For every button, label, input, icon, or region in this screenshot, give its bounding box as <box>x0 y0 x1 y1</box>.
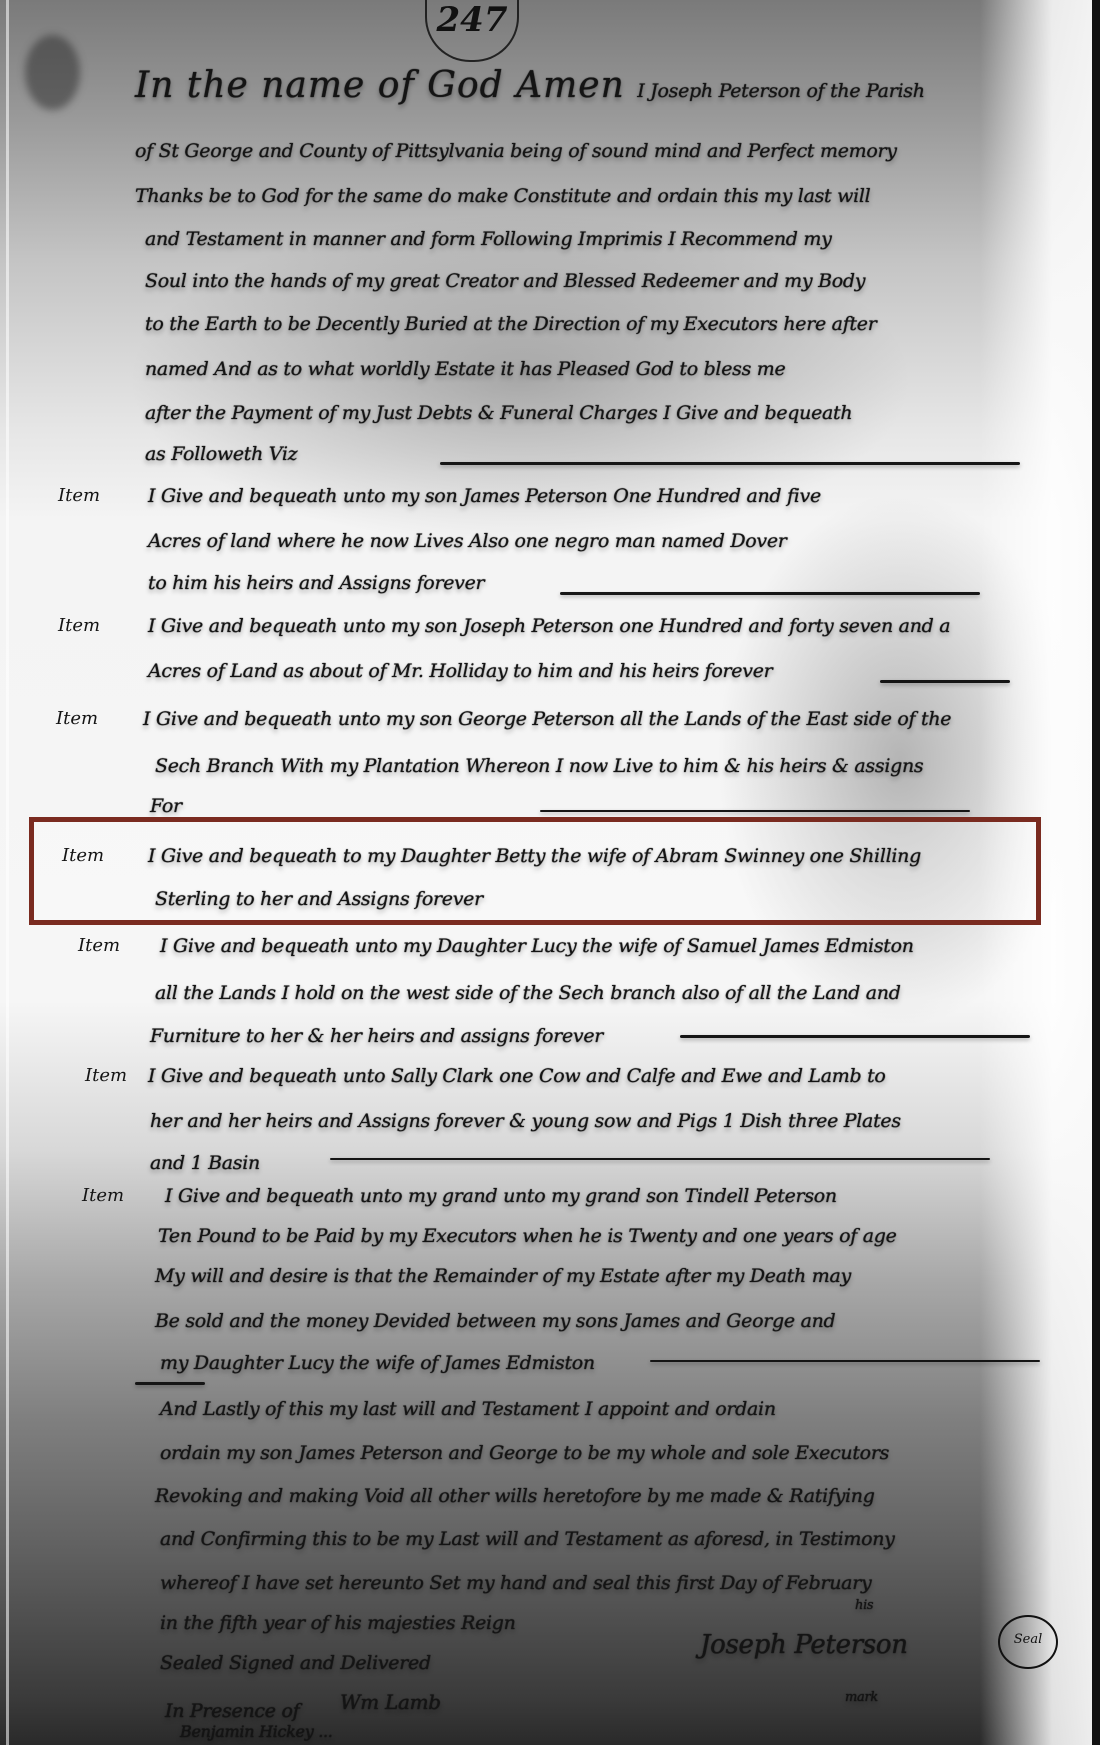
text-line: Thanks be to God for the same do make Co… <box>135 185 870 207</box>
signature-mark-label: mark <box>845 1690 878 1705</box>
attestation-line: Sealed Signed and Delivered <box>160 1652 431 1674</box>
text-line: to him his heirs and Assigns forever <box>148 572 484 594</box>
text-line: I Give and bequeath unto my son Joseph P… <box>148 615 950 637</box>
testator-intro: I Joseph Peterson of the Parish <box>637 80 924 102</box>
testator-signature: Joseph Peterson <box>700 1630 908 1660</box>
item-margin-label: Item <box>85 1065 127 1086</box>
text-line: Revoking and making Void all other wills… <box>155 1485 875 1507</box>
line-filler-rule <box>540 810 970 812</box>
scanned-will-page: 247 In the name of God Amen I Joseph Pet… <box>0 0 1100 1745</box>
will-opening-line: In the name of God Amen I Joseph Peterso… <box>135 65 925 106</box>
item-margin-label: Item <box>58 485 100 506</box>
item-margin-label: Item <box>78 935 120 956</box>
text-line: all the Lands I hold on the west side of… <box>155 982 901 1004</box>
ink-stain <box>25 35 80 110</box>
text-line: as Followeth Viz <box>145 443 297 465</box>
text-line: I Give and bequeath unto my son George P… <box>143 708 951 730</box>
text-line: my Daughter Lucy the wife of James Edmis… <box>160 1352 595 1374</box>
text-line: and Testament in manner and form Followi… <box>145 228 832 250</box>
text-line: I Give and bequeath unto Sally Clark one… <box>148 1065 886 1087</box>
text-line: Acres of land where he now Lives Also on… <box>148 530 787 552</box>
line-filler-rule <box>440 462 1020 465</box>
text-line: I Give and bequeath unto my grand unto m… <box>165 1185 837 1207</box>
text-line: I Give and bequeath unto my Daughter Luc… <box>160 935 914 957</box>
highlighted-line-1: I Give and bequeath to my Daughter Betty… <box>148 845 921 867</box>
line-filler-rule <box>330 1158 990 1160</box>
text-line: Ten Pound to be Paid by my Executors whe… <box>158 1225 897 1247</box>
text-line: Furniture to her & her heirs and assigns… <box>150 1025 603 1047</box>
wax-seal-mark: Seal <box>998 1615 1058 1669</box>
folio-number: 247 <box>425 0 519 62</box>
text-line: For <box>150 795 182 817</box>
text-line: I Give and bequeath unto my son James Pe… <box>148 485 821 507</box>
text-line: after the Payment of my Just Debts & Fun… <box>145 402 852 424</box>
underline-mark <box>135 1382 205 1385</box>
text-line: Soul into the hands of my great Creator … <box>145 270 865 292</box>
text-line: Be sold and the money Devided between my… <box>155 1310 835 1332</box>
text-line: And Lastly of this my last will and Test… <box>160 1398 776 1420</box>
signature-his-label: his <box>855 1598 873 1613</box>
text-line: to the Earth to be Decently Buried at th… <box>145 313 877 335</box>
text-line: named And as to what worldly Estate it h… <box>145 358 785 380</box>
line-filler-rule <box>560 592 980 595</box>
witness-name: Benjamin Hickey ... <box>180 1722 333 1741</box>
invocation-heading: In the name of God Amen <box>135 65 625 106</box>
item-margin-label: Item <box>82 1185 124 1206</box>
text-line: her and her heirs and Assigns forever & … <box>150 1110 901 1132</box>
line-filler-rule <box>650 1360 1040 1362</box>
text-line: My will and desire is that the Remainder… <box>155 1265 851 1287</box>
page-binding-edge <box>1092 0 1100 1745</box>
highlighted-line-2: Sterling to her and Assigns forever <box>155 888 483 910</box>
text-line: in the fifth year of his majesties Reign <box>160 1612 516 1634</box>
text-line: ordain my son James Peterson and George … <box>160 1442 889 1464</box>
text-line: and Confirming this to be my Last will a… <box>160 1528 895 1550</box>
line-filler-rule <box>880 680 1010 683</box>
item-margin-label: Item <box>58 615 100 636</box>
line-filler-rule <box>680 1035 1030 1038</box>
text-line: Sech Branch With my Plantation Whereon I… <box>155 755 923 777</box>
text-line: of St George and County of Pittsylvania … <box>135 140 897 162</box>
text-line: whereof I have set hereunto Set my hand … <box>160 1572 871 1594</box>
page-left-edge <box>6 0 9 1745</box>
text-line: Acres of Land as about of Mr. Holliday t… <box>148 660 772 682</box>
text-line: and 1 Basin <box>150 1152 260 1174</box>
witness-name: Wm Lamb <box>340 1690 441 1714</box>
witness-presence-line: In Presence of <box>165 1700 299 1722</box>
item-margin-label: Item <box>56 708 98 729</box>
item-margin-label: Item <box>62 845 104 866</box>
